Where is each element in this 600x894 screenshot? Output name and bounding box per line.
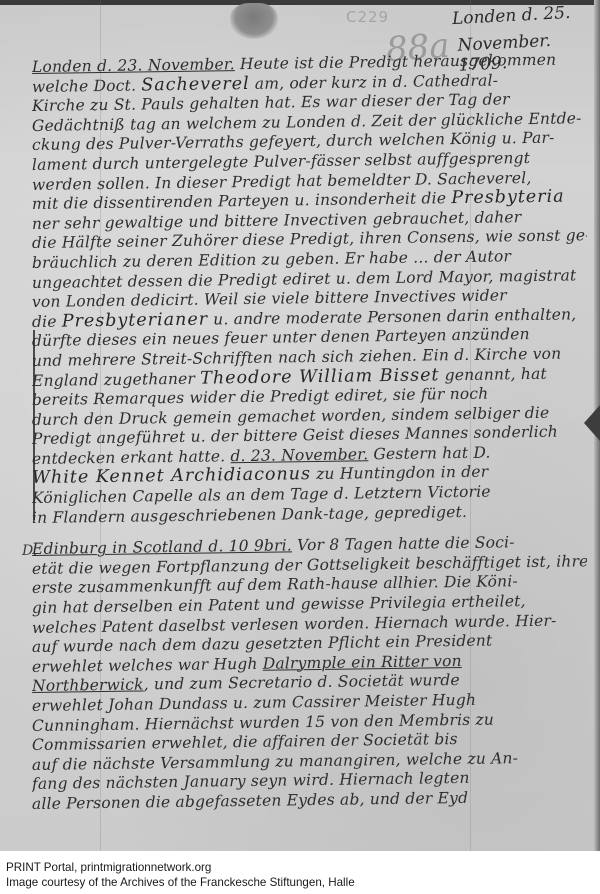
caption-courtesy-line: Image courtesy of the Archives of the Fr… xyxy=(6,875,355,890)
manuscript-scan: C229 88a Londen d. 25. November. 1709. D… xyxy=(0,0,600,851)
underlined-heading: Edinburg in Scotland d. 10 9bri. xyxy=(32,537,292,559)
image-credit-caption: PRINT Portal, printmigrationnetwork.org … xyxy=(6,860,355,890)
scan-top-edge xyxy=(0,0,600,5)
caption-source-line: PRINT Portal, printmigrationnetwork.org xyxy=(6,860,355,875)
underlined-heading: Northberwick xyxy=(32,676,144,696)
emphasized-name: Sacheverel xyxy=(141,74,250,96)
emphasized-name: Theodore William Bisset xyxy=(200,365,440,388)
emphasized-name: Presbyteria xyxy=(451,187,565,208)
archive-stamp-code: C229 xyxy=(346,8,389,26)
underlined-heading: Dalrymple ein Ritter von xyxy=(263,652,462,673)
emphasized-name: Presbyterianer xyxy=(62,309,209,331)
manuscript-text: Londen d. 23. November. Heute ist die Pr… xyxy=(32,58,587,815)
underlined-heading: Londen d. 23. November. xyxy=(32,55,235,76)
underlined-heading: d. 23. November. xyxy=(230,445,368,465)
ink-blot xyxy=(230,3,278,39)
